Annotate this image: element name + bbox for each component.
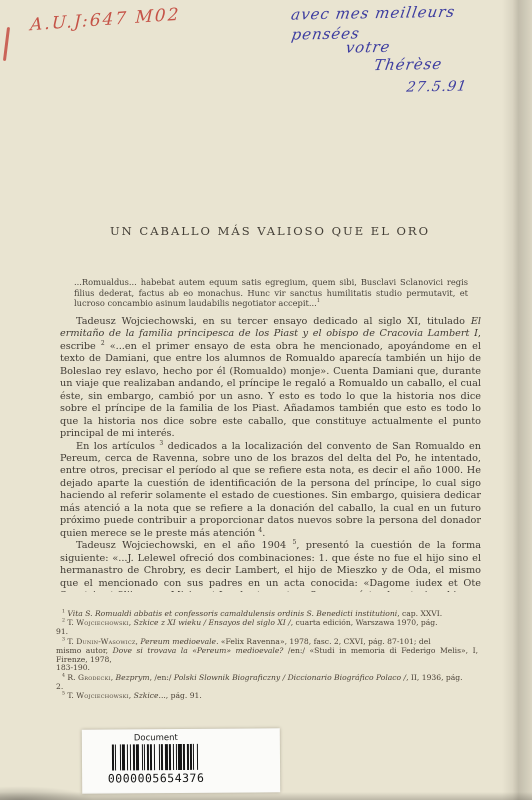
scan-bottom-edge: [0, 792, 532, 800]
footnotes-block: 1 Vita S. Romualdi abbatis et confessori…: [56, 610, 478, 702]
page-title: UN CABALLO MÁS VALIOSO QUE EL ORO: [60, 224, 480, 238]
footnote: 2 T. Wojciechowski, Szkice z XI wieku / …: [56, 619, 478, 637]
body-text: Tadeusz Wojciechowski, en su tercer ensa…: [60, 316, 481, 592]
dedication-date: 27.5.91: [405, 78, 468, 95]
scanned-document-page: A.U.J:647 M02 avec mes meilleurs pensées…: [0, 0, 532, 800]
paragraph: Tadeusz Wojciechowski, en su tercer ensa…: [60, 316, 481, 441]
footnote: 5 T. Wojciechowski, Szkice..., pág. 91.: [56, 692, 478, 701]
footnote: 4 R. Grodecki, Bezprym, /en:/ Polski Slo…: [56, 674, 478, 692]
dedication-line: votre: [344, 38, 391, 57]
dedication-signature: Thérèse: [373, 55, 444, 74]
barcode-icon: [92, 744, 220, 771]
page-edge-shadow: [502, 0, 532, 800]
barcode-number: 0000005654376: [92, 771, 220, 786]
barcode-label: Document 0000005654376: [82, 728, 280, 793]
dedication-handwriting: avec mes meilleurs pensées votre Thérèse…: [0, 0, 532, 115]
footnote: 3 T. Dunin-Wasowicz, Pereum medioevale. …: [56, 638, 478, 674]
scan-corner-smudge: [0, 786, 95, 800]
paragraph: En los artículos 3 dedicados a la locali…: [60, 441, 481, 541]
paragraph: Tadeusz Wojciechowski, en el año 1904 5,…: [60, 540, 481, 592]
epigraph-quote: ...Romualdus... habebat autem equum sati…: [74, 277, 468, 309]
dedication-line: avec mes meilleurs: [290, 3, 457, 24]
barcode-inner: Document 0000005654376: [92, 733, 220, 786]
barcode-title: Document: [92, 733, 220, 744]
